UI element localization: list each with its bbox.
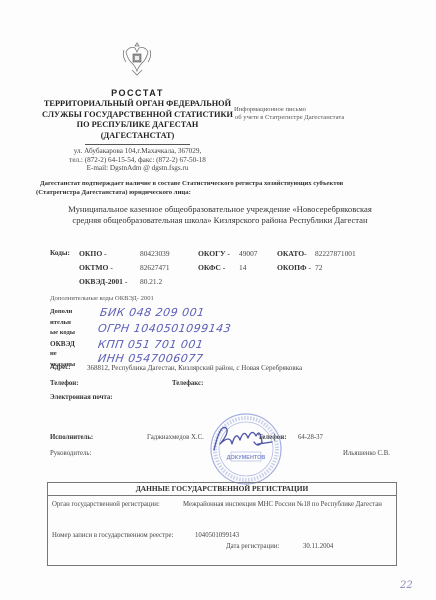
handwritten-ogrn: ОГРН 1040501099143 — [97, 322, 232, 335]
russian-coat-of-arms-icon — [118, 40, 156, 78]
code-oktmo-key: ОКТМО - — [79, 263, 113, 272]
extra-label-line: ительн — [50, 318, 80, 329]
registration-record-label: Номер записи в государственном реестре: — [52, 532, 173, 539]
extra-codes-title: Дополнительные коды ОКВЭД- 2001 — [50, 295, 154, 302]
code-okato-key: ОКАТО- — [277, 249, 307, 258]
registration-box: ДАННЫЕ ГОСУДАРСТВЕННОЙ РЕГИСТРАЦИИ Орган… — [47, 482, 397, 566]
confirmation-text: Дагестанстат подтверждает наличие в сост… — [36, 180, 426, 197]
info-letter-line: Информационное письмо — [234, 106, 344, 114]
handwritten-signature-icon — [210, 420, 280, 456]
registration-date-value: 30.11.2004 — [303, 543, 333, 550]
extra-codes-label: Дополн ительн ые коды ОКВЭД не указаны — [50, 307, 80, 370]
codes-label: Коды: — [50, 249, 70, 257]
fax-label: Телефакс: — [172, 380, 203, 387]
handwritten-kpp: КПП 051 701 001 — [97, 338, 204, 351]
code-okved-key: ОКВЭД-2001 - — [79, 277, 127, 286]
page-number: 22 — [400, 580, 413, 591]
extra-label-line: Дополн — [50, 307, 80, 318]
registration-authority-label: Орган государственной регистрации: — [52, 501, 160, 508]
head-name: Ильяшенко С.В. — [343, 450, 390, 457]
code-okpo-key: ОКПО - — [79, 249, 107, 258]
extra-label-line: ОКВЭД — [50, 339, 80, 350]
code-okpo-value: 80423039 — [140, 249, 170, 258]
code-okopf-key: ОКОПФ - — [277, 263, 311, 272]
extra-label-line: не — [50, 349, 80, 360]
code-okfs-value: 14 — [239, 263, 246, 272]
org-line: ПО РЕСПУБЛИКЕ ДАГЕСТАН — [40, 120, 235, 131]
registration-record-value: 1040501099143 — [195, 532, 239, 539]
code-okogu-key: ОКОГУ - — [198, 249, 230, 258]
org-line: ТЕРРИТОРИАЛЬНЫЙ ОРГАН ФЕДЕРАЛЬНОЙ — [40, 99, 235, 110]
divider — [85, 144, 190, 145]
registration-authority-value: Межрайонная инспекция МНС России №18 по … — [183, 501, 382, 508]
registration-date-label: Дата регистрации: — [226, 543, 279, 550]
head-label: Руководитель: — [50, 450, 91, 457]
org-phone-fax: тел.: (872-2) 64-15-54, факс: (872-2) 67… — [40, 156, 235, 165]
code-okopf-value: 72 — [315, 263, 322, 272]
agency-name: РОССТАТ — [40, 88, 235, 99]
entity-name-line: Муниципальное казенное общеобразовательн… — [40, 204, 400, 215]
org-line: (ДАГЕСТАНСТАТ) — [40, 131, 235, 142]
code-okfs-key: ОКФС - — [198, 263, 225, 272]
confirmation-line: (Статрегистра Дагестанстата) юридическог… — [36, 189, 426, 198]
extra-label-line: ые коды — [50, 328, 80, 339]
executor-phone: 64-28-37 — [298, 434, 323, 441]
phone-label: Телефон: — [50, 380, 79, 387]
executor-name: Гаджиахмедов Х.С. — [147, 434, 204, 441]
info-letter-caption: Информационное письмо об учете в Статрег… — [234, 106, 344, 122]
entity-name: Муниципальное казенное общеобразовательн… — [40, 204, 400, 226]
organization-header: РОССТАТ ТЕРРИТОРИАЛЬНЫЙ ОРГАН ФЕДЕРАЛЬНО… — [40, 88, 235, 173]
address-label: Адрес: — [50, 364, 71, 371]
registration-title: ДАННЫЕ ГОСУДАРСТВЕННОЙ РЕГИСТРАЦИИ — [48, 484, 396, 493]
code-okogu-value: 49007 — [239, 249, 257, 258]
address-value: 368812, Республика Дагестан, Кизлярский … — [87, 364, 302, 372]
entity-name-line: средняя общеобразовательная школа» Кизля… — [40, 215, 400, 226]
info-letter-line: об учете в Статрегистре Дагестанстата — [234, 114, 344, 122]
org-address: ул. Абубакарова 104,г.Махачкала, 367029, — [40, 147, 235, 156]
confirmation-line: Дагестанстат подтверждает наличие в сост… — [36, 180, 426, 189]
code-okved-value: 80.21.2 — [140, 277, 162, 286]
org-email: E-mail: DgstnAdm @ dgstn.fsgs.ru — [40, 164, 235, 173]
divider — [48, 495, 396, 496]
email-label: Электронная почта: — [50, 394, 113, 401]
handwritten-bik: БИК 048 209 001 — [99, 306, 205, 319]
code-okato-value: 82227871001 — [315, 249, 356, 258]
org-line: СЛУЖБЫ ГОСУДАРСТВЕННОЙ СТАТИСТИКИ — [40, 110, 235, 121]
executor-label: Исполнитель: — [50, 434, 93, 441]
code-oktmo-value: 82627471 — [140, 263, 170, 272]
